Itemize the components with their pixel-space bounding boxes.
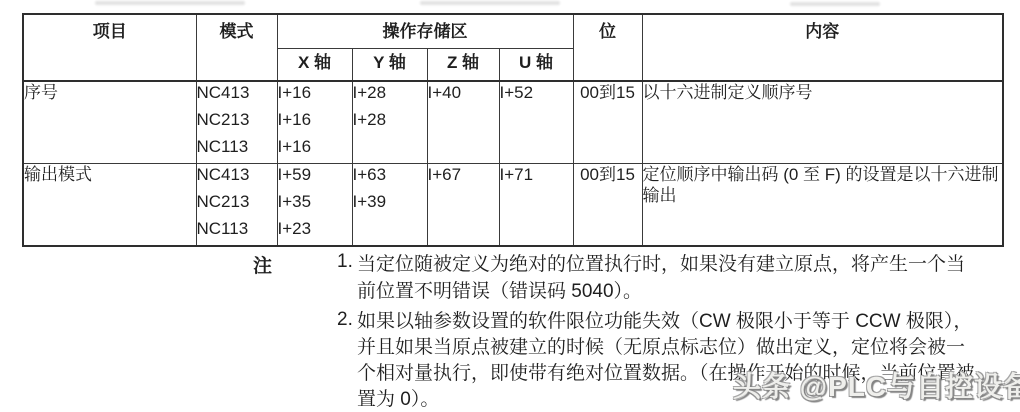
x-axis-value: I+16 <box>278 82 352 109</box>
x-axis-value: I+23 <box>278 218 352 245</box>
note-2-line-2: 并且如果当原点被建立的时候（无原点标志位）做出定义，定位将会被一 <box>357 335 975 361</box>
scan-artifact <box>420 1 560 5</box>
cell-x-axis: I+59 I+35 I+23 <box>277 164 352 247</box>
note-1-line-2: 前位置不明错误（错误码 5040）。 <box>357 278 965 305</box>
mode-value: NC413 <box>197 82 277 109</box>
notes-label: 注 <box>253 251 272 278</box>
col-header-op-area: 操作存储区 <box>277 14 573 49</box>
parameter-table: 项目 模式 操作存储区 位 内容 X 轴 Y 轴 Z 轴 U 轴 序号 NC41… <box>22 13 1004 247</box>
mode-value: NC113 <box>197 218 277 245</box>
cell-mode: NC413 NC213 NC113 <box>196 81 277 164</box>
cell-bit: 00到15 <box>573 164 642 247</box>
u-axis-value <box>500 191 573 218</box>
table-row-output-mode: 输出模式 NC413 NC213 NC113 I+59 I+35 I+23 <box>23 164 1003 247</box>
col-header-item: 项目 <box>23 14 196 81</box>
header-row-1: 项目 模式 操作存储区 位 内容 <box>23 14 1003 49</box>
mode-value: NC113 <box>197 136 277 163</box>
cell-u-axis: I+52 <box>499 81 573 164</box>
z-axis-value <box>428 136 499 163</box>
scan-artifact <box>95 1 245 5</box>
cell-mode: NC413 NC213 NC113 <box>196 164 277 247</box>
z-axis-value <box>428 109 499 136</box>
mode-value: NC213 <box>197 191 277 218</box>
x-axis-value: I+59 <box>278 164 352 191</box>
scanned-manual-page: 项目 模式 操作存储区 位 内容 X 轴 Y 轴 Z 轴 U 轴 序号 NC41… <box>0 0 1020 412</box>
u-axis-value: I+71 <box>500 164 573 191</box>
col-header-axis-x: X 轴 <box>277 49 352 82</box>
cell-content: 定位顺序中输出码 (0 至 F) 的设置是以十六进制输出 <box>642 164 1003 247</box>
table-row-serial-number: 序号 NC413 NC213 NC113 I+16 I+16 I+16 <box>23 81 1003 164</box>
cell-u-axis: I+71 <box>499 164 573 247</box>
mode-value: NC213 <box>197 109 277 136</box>
cell-x-axis: I+16 I+16 I+16 <box>277 81 352 164</box>
cell-content: 以十六进制定义顺序号 <box>642 81 1003 164</box>
u-axis-value: I+52 <box>500 82 573 109</box>
z-axis-value <box>428 191 499 218</box>
z-axis-value: I+67 <box>428 164 499 191</box>
col-header-bit: 位 <box>573 14 642 81</box>
y-axis-value: I+28 <box>353 109 427 136</box>
u-axis-value <box>500 136 573 163</box>
toutiao-watermark: 头条 @PLC与自控设备 <box>733 365 1020 405</box>
note-1-line-1: 当定位随被定义为绝对的位置执行时，如果没有建立原点，将产生一个当 <box>357 251 965 278</box>
y-axis-value: I+39 <box>353 191 427 218</box>
x-axis-value: I+16 <box>278 136 352 163</box>
mode-value: NC413 <box>197 164 277 191</box>
u-axis-value <box>500 109 573 136</box>
x-axis-value: I+16 <box>278 109 352 136</box>
col-header-mode: 模式 <box>196 14 277 81</box>
cell-y-axis: I+28 I+28 <box>352 81 427 164</box>
y-axis-value <box>353 136 427 163</box>
note-1-text: 当定位随被定义为绝对的位置执行时，如果没有建立原点，将产生一个当 前位置不明错误… <box>357 251 965 305</box>
col-header-axis-y: Y 轴 <box>352 49 427 82</box>
note-1-number: 1. <box>337 251 353 273</box>
cell-z-axis: I+40 <box>427 81 499 164</box>
note-2-line-1: 如果以轴参数设置的软件限位功能失效（CW 极限小于等于 CCW 极限）， <box>357 309 975 335</box>
y-axis-value: I+28 <box>353 82 427 109</box>
y-axis-value: I+63 <box>353 164 427 191</box>
z-axis-value: I+40 <box>428 82 499 109</box>
note-2-number: 2. <box>337 309 353 331</box>
col-header-axis-z: Z 轴 <box>427 49 499 82</box>
cell-y-axis: I+63 I+39 <box>352 164 427 247</box>
col-header-content: 内容 <box>642 14 1003 81</box>
cell-z-axis: I+67 <box>427 164 499 247</box>
y-axis-value <box>353 218 427 245</box>
x-axis-value: I+35 <box>278 191 352 218</box>
cell-item: 输出模式 <box>23 164 196 247</box>
col-header-axis-u: U 轴 <box>499 49 573 82</box>
z-axis-value <box>428 218 499 245</box>
u-axis-value <box>500 218 573 245</box>
cell-item: 序号 <box>23 81 196 164</box>
cell-bit: 00到15 <box>573 81 642 164</box>
scan-artifact <box>790 2 880 6</box>
